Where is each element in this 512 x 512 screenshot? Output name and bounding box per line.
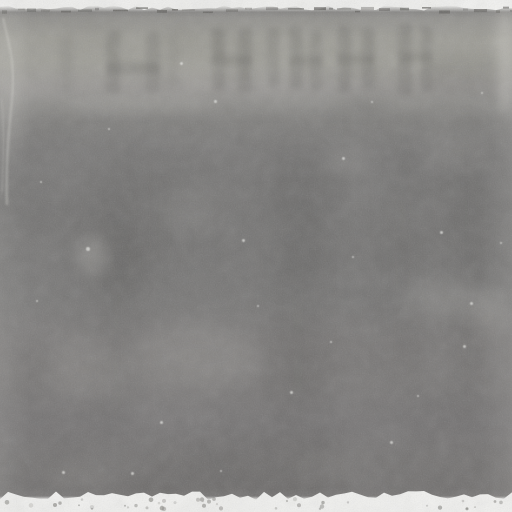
edge-speckle [320, 504, 324, 508]
light-blotch [45, 342, 125, 397]
edge-speckle [127, 506, 129, 508]
edge-speckle [465, 507, 468, 510]
speck [180, 62, 183, 65]
speck [40, 181, 42, 183]
speck [342, 157, 345, 160]
torn-edge-borders [0, 0, 512, 512]
light-blotch [398, 283, 503, 315]
speck [500, 242, 502, 244]
speck [108, 128, 110, 130]
edge-speckle [29, 503, 34, 508]
edge-speckle [200, 497, 204, 501]
speck [290, 391, 293, 394]
light-blotch [130, 325, 260, 387]
ghost-mark [432, 55, 510, 97]
edge-path [1, 98, 4, 192]
edge-speckle [174, 501, 177, 504]
faint-band [150, 160, 180, 280]
edge-speckle [146, 506, 149, 509]
speck [160, 421, 163, 424]
edge-speckle [319, 508, 321, 510]
light-blotch [78, 234, 108, 276]
ghost-mark [267, 28, 279, 88]
edge-speckle [293, 497, 297, 501]
ghost-mark [421, 26, 433, 92]
ghost-mark [212, 28, 225, 90]
ghost-mark [398, 52, 433, 62]
edge-speckle [5, 500, 10, 505]
edge-speckle [321, 501, 324, 504]
ghost-mark [168, 30, 178, 88]
aged-photograph [0, 0, 512, 512]
speck [220, 470, 222, 472]
ghost-mark [146, 32, 160, 92]
edge-speckle [53, 503, 57, 507]
ghost-mark [106, 30, 120, 94]
ghost-mark [60, 36, 72, 90]
light-blotch [180, 55, 220, 95]
speck [62, 471, 65, 474]
ghost-mark [398, 24, 412, 94]
dark-patch [0, 150, 70, 240]
edge-path [0, 0, 512, 11]
light-blotch [50, 465, 110, 487]
edge-speckle [462, 500, 465, 503]
speck [242, 239, 245, 242]
edge-path [3, 18, 13, 205]
edge-speckle [202, 501, 204, 503]
light-blotch [155, 190, 225, 230]
light-scuff-blotches [0, 0, 512, 512]
dark-patch [190, 430, 330, 480]
light-blotch [470, 296, 510, 336]
ghost-mark [338, 26, 351, 92]
edge-speckle [216, 503, 218, 505]
edge-speckle [124, 505, 126, 507]
ghost-mark [362, 28, 375, 90]
edge-speckle [81, 498, 84, 501]
ghost-mark [290, 28, 303, 90]
edge-speckle [78, 504, 80, 506]
edge-speckle [134, 504, 137, 507]
edge-speckle [212, 497, 216, 501]
faint-band [95, 140, 137, 430]
speck [352, 256, 354, 258]
edge-speckle [149, 498, 154, 503]
faint-band [385, 150, 421, 380]
speck [214, 100, 217, 103]
faint-band [275, 150, 321, 410]
film-grain-overlay [0, 0, 512, 512]
edge-speckle [474, 506, 476, 508]
white-fleck-specks [0, 0, 512, 512]
edge-speckle [162, 499, 166, 503]
dark-patch [330, 95, 390, 120]
dark-patch [284, 228, 326, 280]
edge-speckle [494, 500, 497, 503]
edge-path [0, 491, 512, 512]
photo-base-tone [0, 0, 512, 512]
edge-speckle [91, 508, 93, 510]
dark-patch [98, 225, 144, 297]
dark-stain-patches [0, 0, 512, 512]
speck [417, 395, 419, 397]
edge-speckle [202, 504, 206, 508]
light-blotch [322, 148, 367, 174]
speck [371, 101, 373, 103]
speck [36, 300, 38, 302]
edge-speckle [90, 505, 94, 509]
light-blotch [290, 455, 360, 479]
faint-vertical-bands [0, 0, 512, 512]
edge-speckle [275, 507, 278, 510]
speck [440, 231, 443, 234]
ghost-mark [310, 30, 322, 90]
edge-speckle [162, 507, 166, 511]
ghost-mark [238, 28, 252, 92]
speck [390, 441, 393, 444]
light-blotch [0, 26, 20, 156]
speck [470, 302, 473, 305]
edge-speckle [196, 498, 200, 502]
edge-speckle [297, 503, 301, 507]
speck [481, 92, 483, 94]
speck [463, 345, 466, 348]
faint-band [452, 120, 480, 420]
edge-speckle [438, 506, 442, 510]
light-blotch [60, 96, 210, 112]
edge-speckle [160, 506, 165, 511]
edge-speckle [347, 501, 349, 503]
ghost-rectangle-marks [0, 0, 512, 512]
speck [330, 341, 332, 343]
edge-speckle [207, 500, 211, 504]
ghost-mark [106, 62, 160, 74]
ghost-mark [212, 55, 252, 65]
edge-speckle [466, 508, 468, 510]
speck [257, 305, 259, 307]
speck [131, 472, 134, 475]
edge-speckle [158, 502, 161, 505]
ghost-mark [290, 56, 322, 66]
edge-speckle [58, 501, 61, 504]
edge-speckle [499, 501, 503, 505]
edge-speckle [426, 505, 428, 507]
light-blotch [425, 138, 490, 168]
speck [86, 247, 90, 251]
edge-speckle [286, 500, 288, 502]
ghost-mark [338, 54, 375, 64]
photo-edge-lightening [0, 0, 512, 512]
light-blotch [497, 8, 512, 112]
edge-speckle [219, 506, 223, 510]
